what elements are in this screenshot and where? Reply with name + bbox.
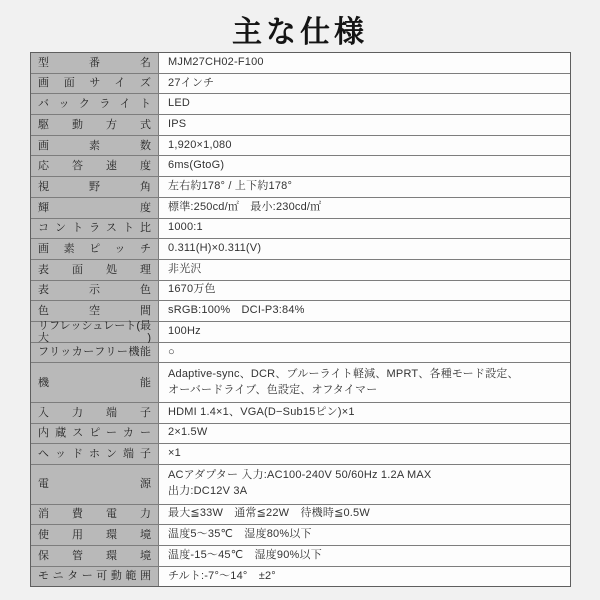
spec-value: 27インチ bbox=[168, 76, 214, 92]
spec-label-cell: リフレッシュレート(最大) bbox=[31, 322, 159, 342]
table-row: 画面サイズ 27インチ bbox=[31, 74, 570, 95]
table-row: 応答速度 6ms(GtoG) bbox=[31, 156, 570, 177]
table-row: コントラスト比 1000:1 bbox=[31, 219, 570, 240]
spec-label: コントラスト比 bbox=[38, 222, 151, 234]
table-row: 消費電力 最大≦33W 通常≦22W 待機時≦0.5W bbox=[31, 505, 570, 526]
spec-value: 1000:1 bbox=[168, 220, 203, 236]
spec-label-cell: 画素数 bbox=[31, 136, 159, 156]
spec-value-cell: 0.311(H)×0.311(V) bbox=[159, 239, 570, 259]
spec-value: 1,920×1,080 bbox=[168, 138, 232, 154]
spec-label-cell: フリッカーフリー機能 bbox=[31, 343, 159, 363]
spec-value-cell: 非光沢 bbox=[159, 260, 570, 280]
table-row: 表示色 1670万色 bbox=[31, 281, 570, 302]
spec-label: 輝度 bbox=[38, 202, 151, 214]
spec-label-cell: 輝度 bbox=[31, 198, 159, 218]
spec-value: 2×1.5W bbox=[168, 425, 207, 441]
spec-label: 型番名 bbox=[38, 57, 151, 69]
spec-sheet-page: 主な仕様 型番名 MJM27CH02-F100 画面サイズ 27インチ バックラ… bbox=[0, 0, 600, 51]
spec-label: 駆動方式 bbox=[38, 119, 151, 131]
spec-label: 画面サイズ bbox=[38, 77, 151, 89]
spec-value-cell: 2×1.5W bbox=[159, 424, 570, 444]
spec-value-cell: 100Hz bbox=[159, 322, 570, 342]
spec-value: 非光沢 bbox=[168, 262, 202, 278]
spec-label: ヘッドホン端子 bbox=[38, 448, 151, 460]
spec-value: チルト:-7°〜14° ±2° bbox=[168, 569, 276, 585]
spec-label: 画素数 bbox=[38, 140, 151, 152]
spec-value-cell: IPS bbox=[159, 115, 570, 135]
spec-value-cell: sRGB:100% DCI-P3:84% bbox=[159, 301, 570, 321]
table-row: 表面処理 非光沢 bbox=[31, 260, 570, 281]
spec-value: 最大≦33W 通常≦22W 待機時≦0.5W bbox=[168, 506, 370, 522]
table-row: リフレッシュレート(最大) 100Hz bbox=[31, 322, 570, 343]
spec-value-cell: HDMI 1.4×1、VGA(D−Sub15ピン)×1 bbox=[159, 403, 570, 423]
spec-value-cell: LED bbox=[159, 94, 570, 114]
spec-label-cell: 型番名 bbox=[31, 53, 159, 73]
spec-value-cell: チルト:-7°〜14° ±2° bbox=[159, 567, 570, 587]
spec-label: 消費電力 bbox=[38, 508, 151, 520]
spec-label-cell: 色空間 bbox=[31, 301, 159, 321]
spec-label: 内蔵スピーカー bbox=[38, 427, 151, 439]
spec-label: フリッカーフリー機能 bbox=[38, 346, 151, 358]
table-row: 駆動方式 IPS bbox=[31, 115, 570, 136]
spec-label-cell: 応答速度 bbox=[31, 156, 159, 176]
table-row: 画素ピッチ 0.311(H)×0.311(V) bbox=[31, 239, 570, 260]
spec-label-cell: 入力端子 bbox=[31, 403, 159, 423]
spec-label-cell: 画素ピッチ bbox=[31, 239, 159, 259]
spec-label-cell: モニター可動範囲 bbox=[31, 567, 159, 587]
spec-label-cell: 内蔵スピーカー bbox=[31, 424, 159, 444]
spec-label-cell: 消費電力 bbox=[31, 505, 159, 525]
spec-value: ACアダプター 入力:AC100-240V 50/60Hz 1.2A MAX 出… bbox=[168, 468, 431, 500]
table-row: 入力端子 HDMI 1.4×1、VGA(D−Sub15ピン)×1 bbox=[31, 403, 570, 424]
spec-label-cell: ヘッドホン端子 bbox=[31, 444, 159, 464]
spec-label: 表面処理 bbox=[38, 264, 151, 276]
table-row: 電源 ACアダプター 入力:AC100-240V 50/60Hz 1.2A MA… bbox=[31, 465, 570, 505]
table-row: 画素数 1,920×1,080 bbox=[31, 136, 570, 157]
spec-value: Adaptive-sync、DCR、ブルーライト軽減、MPRT、各種モード設定、… bbox=[168, 367, 519, 399]
spec-label: 電源 bbox=[38, 478, 151, 490]
spec-value: 標準:250cd/㎡ 最小:230cd/㎡ bbox=[168, 200, 321, 216]
spec-value: 温度5〜35℃ 湿度80%以下 bbox=[168, 527, 312, 543]
table-row: 保管環境 温度-15〜45℃ 湿度90%以下 bbox=[31, 546, 570, 567]
table-row: 型番名 MJM27CH02-F100 bbox=[31, 53, 570, 74]
spec-label: 表示色 bbox=[38, 284, 151, 296]
spec-value-cell: 6ms(GtoG) bbox=[159, 156, 570, 176]
spec-label-cell: 機能 bbox=[31, 363, 159, 402]
spec-label-cell: 電源 bbox=[31, 465, 159, 504]
spec-value: 6ms(GtoG) bbox=[168, 158, 224, 174]
spec-value: 100Hz bbox=[168, 324, 201, 340]
spec-value: HDMI 1.4×1、VGA(D−Sub15ピン)×1 bbox=[168, 405, 355, 421]
spec-label-cell: バックライト bbox=[31, 94, 159, 114]
spec-label: 視野角 bbox=[38, 181, 151, 193]
spec-value-cell: 27インチ bbox=[159, 74, 570, 94]
table-row: 使用環境 温度5〜35℃ 湿度80%以下 bbox=[31, 525, 570, 546]
spec-value-cell: MJM27CH02-F100 bbox=[159, 53, 570, 73]
spec-label: 機能 bbox=[38, 377, 151, 389]
spec-value-cell: 温度5〜35℃ 湿度80%以下 bbox=[159, 525, 570, 545]
table-row: バックライト LED bbox=[31, 94, 570, 115]
spec-label: 応答速度 bbox=[38, 160, 151, 172]
table-row: 視野角 左右約178° / 上下約178° bbox=[31, 177, 570, 198]
spec-value: IPS bbox=[168, 117, 186, 133]
spec-label: 画素ピッチ bbox=[38, 243, 151, 255]
spec-label-cell: 使用環境 bbox=[31, 525, 159, 545]
spec-label: 保管環境 bbox=[38, 550, 151, 562]
spec-label: バックライト bbox=[38, 98, 151, 110]
spec-value-cell: 最大≦33W 通常≦22W 待機時≦0.5W bbox=[159, 505, 570, 525]
spec-value-cell: 1670万色 bbox=[159, 281, 570, 301]
table-row: モニター可動範囲 チルト:-7°〜14° ±2° bbox=[31, 567, 570, 587]
spec-label: 入力端子 bbox=[38, 407, 151, 419]
spec-label-cell: 表面処理 bbox=[31, 260, 159, 280]
spec-value-cell: 左右約178° / 上下約178° bbox=[159, 177, 570, 197]
spec-label: リフレッシュレート(最大) bbox=[38, 320, 151, 344]
spec-value: MJM27CH02-F100 bbox=[168, 55, 264, 71]
table-row: 内蔵スピーカー 2×1.5W bbox=[31, 424, 570, 445]
spec-value: 左右約178° / 上下約178° bbox=[168, 179, 292, 195]
spec-value: LED bbox=[168, 96, 190, 112]
spec-value: ×1 bbox=[168, 446, 181, 462]
spec-value: 温度-15〜45℃ 湿度90%以下 bbox=[168, 548, 322, 564]
spec-table: 型番名 MJM27CH02-F100 画面サイズ 27インチ バックライト LE… bbox=[30, 52, 571, 587]
page-title: 主な仕様 bbox=[0, 0, 600, 51]
spec-label-cell: 画面サイズ bbox=[31, 74, 159, 94]
spec-value: ○ bbox=[168, 345, 175, 361]
table-row: 機能 Adaptive-sync、DCR、ブルーライト軽減、MPRT、各種モード… bbox=[31, 363, 570, 403]
spec-value-cell: 温度-15〜45℃ 湿度90%以下 bbox=[159, 546, 570, 566]
spec-label: モニター可動範囲 bbox=[38, 570, 151, 582]
table-row: ヘッドホン端子 ×1 bbox=[31, 444, 570, 465]
spec-value-cell: Adaptive-sync、DCR、ブルーライト軽減、MPRT、各種モード設定、… bbox=[159, 363, 570, 402]
spec-label-cell: コントラスト比 bbox=[31, 219, 159, 239]
spec-value-cell: ACアダプター 入力:AC100-240V 50/60Hz 1.2A MAX 出… bbox=[159, 465, 570, 504]
spec-value: sRGB:100% DCI-P3:84% bbox=[168, 303, 305, 319]
spec-label: 色空間 bbox=[38, 305, 151, 317]
spec-value: 1670万色 bbox=[168, 282, 216, 298]
spec-value: 0.311(H)×0.311(V) bbox=[168, 241, 261, 257]
spec-value-cell: ○ bbox=[159, 343, 570, 363]
table-row: フリッカーフリー機能 ○ bbox=[31, 343, 570, 364]
spec-label-cell: 保管環境 bbox=[31, 546, 159, 566]
spec-value-cell: 1000:1 bbox=[159, 219, 570, 239]
spec-label-cell: 駆動方式 bbox=[31, 115, 159, 135]
table-row: 輝度 標準:250cd/㎡ 最小:230cd/㎡ bbox=[31, 198, 570, 219]
spec-label: 使用環境 bbox=[38, 529, 151, 541]
spec-value-cell: 1,920×1,080 bbox=[159, 136, 570, 156]
spec-label-cell: 視野角 bbox=[31, 177, 159, 197]
spec-value-cell: ×1 bbox=[159, 444, 570, 464]
spec-label-cell: 表示色 bbox=[31, 281, 159, 301]
spec-value-cell: 標準:250cd/㎡ 最小:230cd/㎡ bbox=[159, 198, 570, 218]
